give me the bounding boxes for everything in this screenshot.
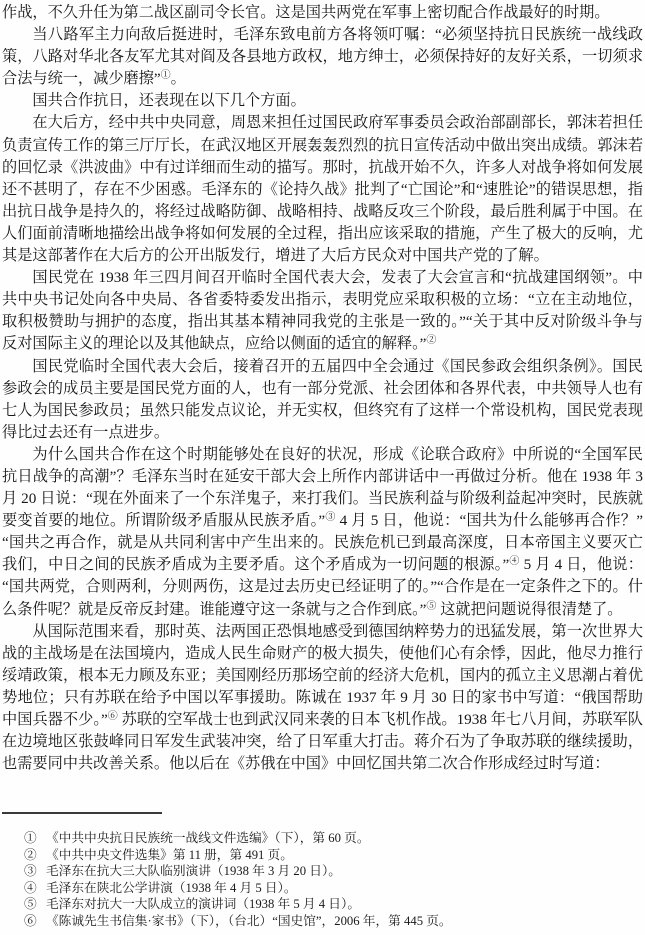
- footnote-ref: ⑤: [426, 601, 436, 612]
- paragraph: 从国际范围来看，那时英、法两国正恐惧地感受到德国纳粹势力的迅猛发展，第一次世界大…: [2, 621, 643, 776]
- footnote-item: ⑥《陈诚先生书信集·家书》（下），（台北）“国史馆”，2006 年，第 445 …: [24, 913, 625, 930]
- footnote-item: ④毛泽东在陕北公学讲演（1938 年 4 月 5 日）。: [24, 880, 625, 897]
- footnote-item: ①《中共中央抗日民族统一战线文件选编》（下），第 60 页。: [24, 830, 625, 847]
- footnote-text: 毛泽东在抗大三大队临别演讲（1938 年 3 月 20 日）。: [46, 863, 625, 880]
- footnote-item: ③毛泽东在抗大三大队临别演讲（1938 年 3 月 20 日）。: [24, 863, 625, 880]
- footnote-text: 毛泽东对抗大一大队成立的演讲词（1938 年 5 月 4 日）。: [46, 896, 625, 913]
- footnote-marker: ③: [24, 863, 46, 880]
- footnote-marker: ②: [24, 847, 46, 864]
- footnote-text: 《中共中央文件选集》第 11 册，第 491 页。: [46, 847, 625, 864]
- document-page: 作战，不久升任为第二战区副司令长官。这是国共两党在军事上密切配合作战最好的时期。…: [0, 0, 645, 935]
- footnote-text: 《陈诚先生书信集·家书》（下），（台北）“国史馆”，2006 年，第 445 页…: [46, 913, 625, 930]
- footnote-text: 《中共中央抗日民族统一战线文件选编》（下），第 60 页。: [46, 830, 625, 847]
- footnote-marker: ⑤: [24, 896, 46, 913]
- paragraph: 国民党临时全国代表大会后，接着召开的五届四中全会通过《国民参政会组织条例》。国民…: [2, 356, 643, 444]
- footnote-marker: ⑥: [24, 913, 46, 930]
- footnote-ref: ③: [325, 512, 335, 523]
- footnote-ref: ④: [509, 556, 519, 567]
- paragraph: 当八路军主力向敌后挺进时，毛泽东致电前方各将领叮嘱：“必须坚持抗日民族统一战线政…: [2, 24, 643, 90]
- footnote-ref: ⑥: [108, 711, 118, 722]
- footnote-ref: ②: [426, 335, 436, 346]
- footnotes-section: ①《中共中央抗日民族统一战线文件选编》（下），第 60 页。②《中共中央文件选集…: [24, 830, 625, 930]
- footnote-text: 毛泽东在陕北公学讲演（1938 年 4 月 5 日）。: [46, 880, 625, 897]
- footnote-marker: ④: [24, 880, 46, 897]
- footnote-item: ②《中共中央文件选集》第 11 册，第 491 页。: [24, 847, 625, 864]
- paragraph: 为什么国共合作在这个时期能够处在良好的状况，形成《论联合政府》中所说的“全国军民…: [2, 444, 643, 621]
- footnote-marker: ①: [24, 830, 46, 847]
- footnote-separator: [2, 812, 162, 814]
- paragraph: 国共合作抗日，还表现在以下几个方面。: [2, 90, 643, 112]
- paragraph: 作战，不久升任为第二战区副司令长官。这是国共两党在军事上密切配合作战最好的时期。: [2, 2, 643, 24]
- body-text: 作战，不久升任为第二战区副司令长官。这是国共两党在军事上密切配合作战最好的时期。…: [2, 2, 643, 775]
- footnote-ref: ①: [161, 70, 171, 81]
- footnote-item: ⑤毛泽东对抗大一大队成立的演讲词（1938 年 5 月 4 日）。: [24, 896, 625, 913]
- paragraph: 国民党在 1938 年三四月间召开临时全国代表大会，发表了大会宣言和“抗战建国纲…: [2, 267, 643, 355]
- paragraph: 在大后方，经中共中央同意，周恩来担任过国民政府军事委员会政治部副部长，郭沫若担任…: [2, 112, 643, 267]
